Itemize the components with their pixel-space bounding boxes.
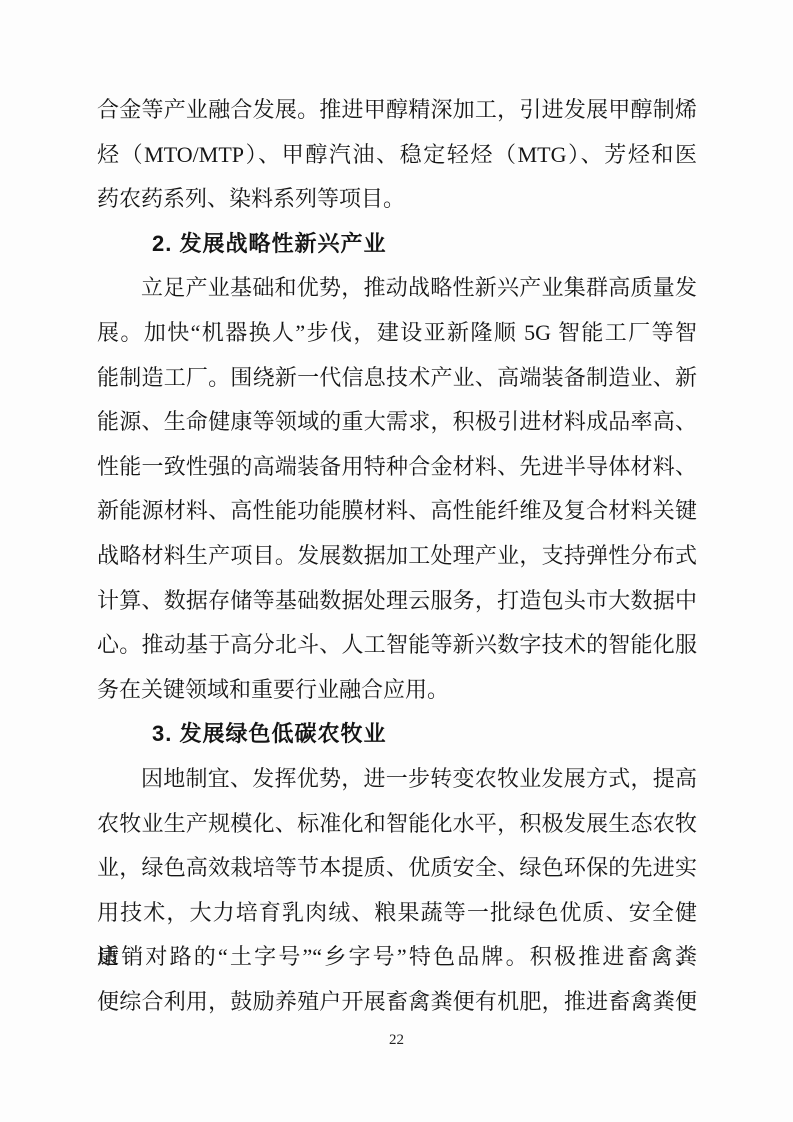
paragraph-line: 因地制宜、发挥优势，进一步转变农牧业发展方式，提高 <box>97 757 697 802</box>
paragraph-line: 计算、数据存储等基础数据处理云服务，打造包头市大数据中 <box>97 579 697 624</box>
paragraph-line: 能源、生命健康等领域的重大需求，积极引进材料成品率高、 <box>97 400 697 445</box>
paragraph-line: 便综合利用，鼓励养殖户开展畜禽粪便有机肥，推进畜禽粪便 <box>97 980 697 1025</box>
document-page: 合金等产业融合发展。推进甲醇精深加工，引进发展甲醇制烯 烃（MTO/MTP）、甲… <box>0 0 793 1122</box>
paragraph-line: 展。加快“机器换人”步伐，建设亚新隆顺 5G 智能工厂等智 <box>97 311 697 356</box>
page-number: 22 <box>0 1024 793 1056</box>
paragraph-line: 农牧业生产规模化、标准化和智能化水平，积极发展生态农牧 <box>97 802 697 847</box>
document-body: 合金等产业融合发展。推进甲醇精深加工，引进发展甲醇制烯 烃（MTO/MTP）、甲… <box>97 88 697 1024</box>
paragraph-line: 用技术，大力培育乳肉绒、粮果蔬等一批绿色优质、安全健康、 <box>97 891 697 936</box>
paragraph-line: 性能一致性强的高端装备用特种合金材料、先进半导体材料、 <box>97 445 697 490</box>
section-heading: 2. 发展战略性新兴产业 <box>97 222 697 267</box>
paragraph-line: 适销对路的“土字号”“乡字号”特色品牌。积极推进畜禽粪 <box>97 935 697 980</box>
paragraph-line: 药农药系列、染料系列等项目。 <box>97 177 697 222</box>
paragraph-line: 战略材料生产项目。发展数据加工处理产业，支持弹性分布式 <box>97 534 697 579</box>
paragraph-line: 烃（MTO/MTP）、甲醇汽油、稳定轻烃（MTG）、芳烃和医 <box>97 133 697 178</box>
paragraph-line: 业，绿色高效栽培等节本提质、优质安全、绿色环保的先进实 <box>97 846 697 891</box>
paragraph-line: 立足产业基础和优势，推动战略性新兴产业集群高质量发 <box>97 266 697 311</box>
paragraph-line: 心。推动基于高分北斗、人工智能等新兴数字技术的智能化服 <box>97 623 697 668</box>
paragraph-line: 新能源材料、高性能功能膜材料、高性能纤维及复合材料关键 <box>97 489 697 534</box>
paragraph-line: 务在关键领域和重要行业融合应用。 <box>97 668 697 713</box>
paragraph-line: 合金等产业融合发展。推进甲醇精深加工，引进发展甲醇制烯 <box>97 88 697 133</box>
section-heading: 3. 发展绿色低碳农牧业 <box>97 712 697 757</box>
paragraph-line: 能制造工厂。围绕新一代信息技术产业、高端装备制造业、新 <box>97 356 697 401</box>
